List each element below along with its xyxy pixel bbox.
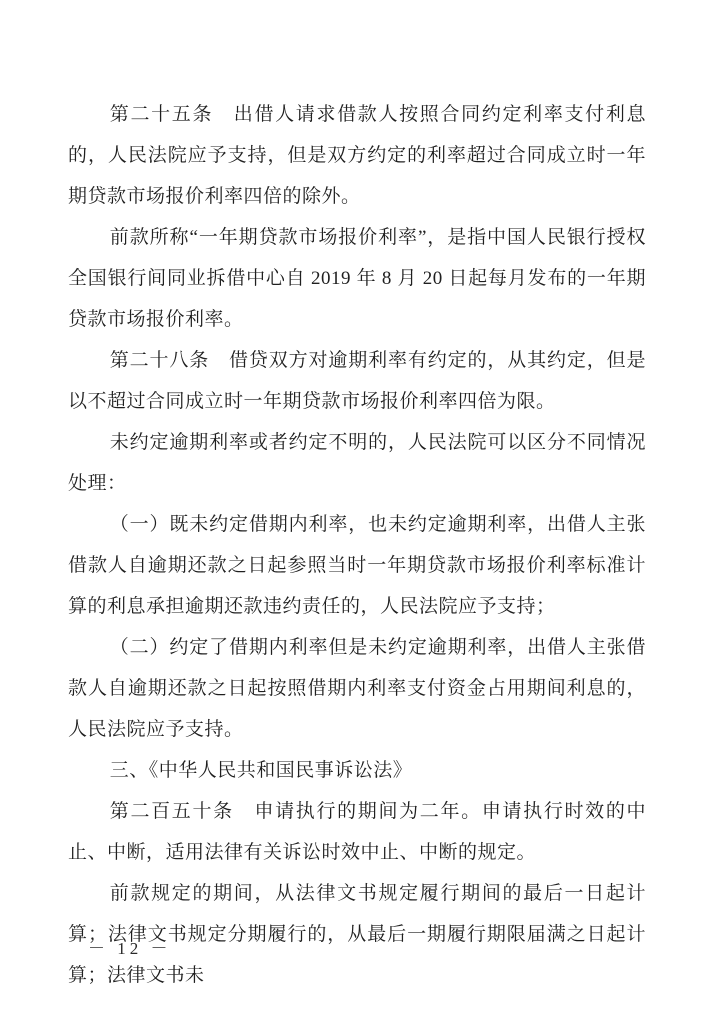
paragraph-article-25: 第二十五条 出借人请求借款人按照合同约定利率支付利息的，人民法院应予支持，但是双…: [68, 94, 646, 217]
section-heading-civil-procedure-law: 三、《中华人民共和国民事诉讼法》: [68, 750, 646, 791]
paragraph-overdue-rate-intro: 未约定逾期利率或者约定不明的，人民法院可以区分不同情况处理：: [68, 422, 646, 504]
paragraph-article-250: 第二百五十条 申请执行的期间为二年。申请执行时效的中止、中断，适用法律有关诉讼时…: [68, 791, 646, 873]
document-body: 第二十五条 出借人请求借款人按照合同约定利率支付利息的，人民法院应予支持，但是双…: [68, 94, 646, 996]
page-number: － 12 －: [88, 934, 172, 959]
paragraph-item-2: （二）约定了借期内利率但是未约定逾期利率，出借人主张借款人自逾期还款之日起按照借…: [68, 627, 646, 750]
paragraph-article-28: 第二十八条 借贷双方对逾期利率有约定的，从其约定，但是以不超过合同成立时一年期贷…: [68, 340, 646, 422]
paragraph-lpr-definition: 前款所称“一年期贷款市场报价利率”，是指中国人民银行授权全国银行间同业拆借中心自…: [68, 217, 646, 340]
paragraph-item-1: （一）既未约定借期内利率，也未约定逾期利率，出借人主张借款人自逾期还款之日起参照…: [68, 504, 646, 627]
document-page: 第二十五条 出借人请求借款人按照合同约定利率支付利息的，人民法院应予支持，但是双…: [0, 0, 724, 1024]
